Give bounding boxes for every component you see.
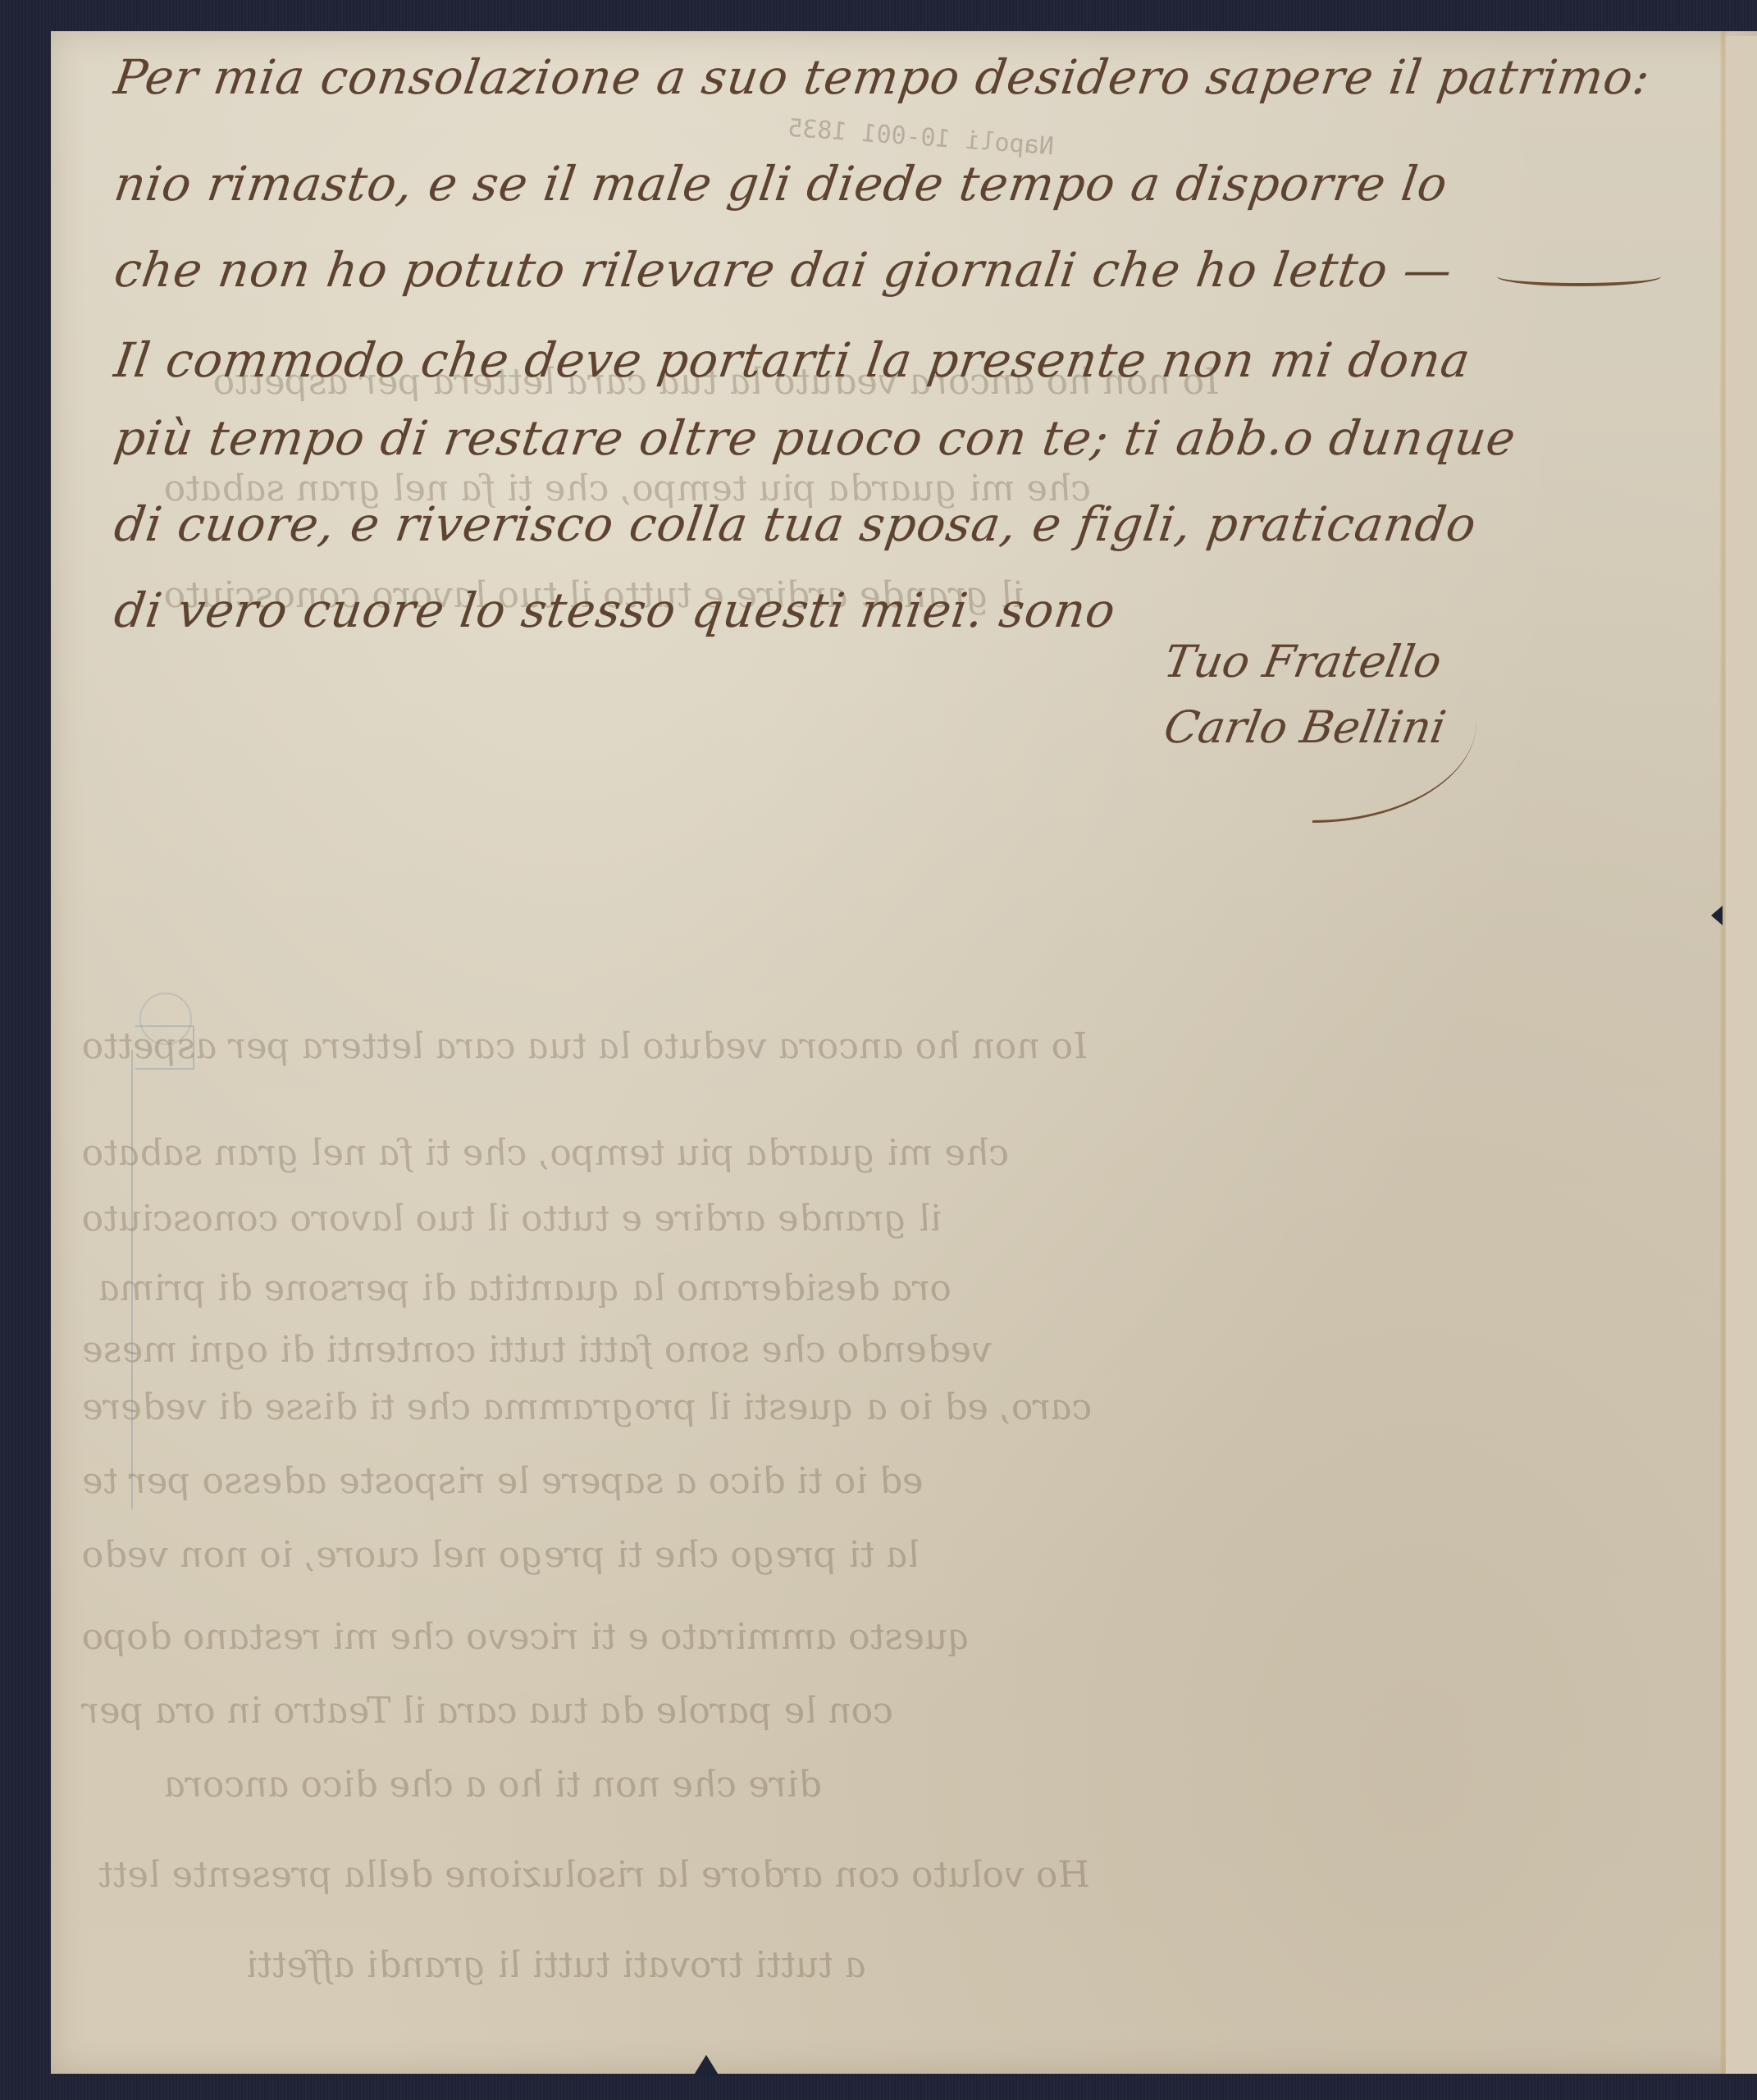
- body-line-4: Il commodo che deve portarti la presente…: [111, 332, 1474, 388]
- body-line-6: di cuore, e riverisco colla tua sposa, e…: [111, 496, 1480, 552]
- pencil-margin-line: [131, 1050, 190, 1509]
- bleed-line: la ti prego che ti prego nel cuore, io n…: [79, 1534, 922, 1576]
- body-line-3: che non ho potuto rilevare dai giornali …: [111, 242, 1456, 298]
- bleed-line: a tutti trovati tutti li grandi affetti: [243, 1944, 869, 1986]
- scan-backing: Napoli 10-001 1835 Io non ho ancora vedu…: [0, 0, 1757, 2100]
- bleed-line: ed io ti dico a sapere le risposte adess…: [79, 1460, 926, 1502]
- bleed-line: che mi guarda piu tempo, che ti fa nel g…: [79, 1132, 1012, 1174]
- edge-notch: [1711, 906, 1723, 925]
- body-line-7: di vero cuore lo stesso questi miei. son…: [111, 582, 1119, 638]
- body-line-2: nio rimasto, e se il male gli diede temp…: [111, 156, 1451, 212]
- bleed-line: dire che non ti ho a che dico ancora: [161, 1764, 824, 1806]
- body-line-1: Per mia consolazione a suo tempo desider…: [111, 49, 1654, 105]
- adjacent-page-edge: [1726, 36, 1757, 2074]
- bleed-line: caro, ed io a questi il programma che ti…: [79, 1386, 1095, 1428]
- bleed-line: Io non ho ancora veduto la tua cara lett…: [79, 1025, 1090, 1067]
- line-end-flourish: [1497, 267, 1661, 286]
- body-line-5: più tempo di restare oltre puoco con te;…: [111, 410, 1519, 466]
- bleed-line: vedendo che sono fatti tutti contenti di…: [79, 1329, 994, 1371]
- bleed-line: Ho voluto con ardore la risoluzione dell…: [95, 1854, 1092, 1896]
- bottom-tear: [693, 2055, 719, 2076]
- closing: Tuo Fratello: [1160, 636, 1445, 687]
- bleed-line: ora desiderano la quantita di persone di…: [95, 1267, 954, 1309]
- bleed-line: questo ammirato e ti ricevo che mi resta…: [79, 1616, 974, 1658]
- bleed-line: il grande ardire e tutto il tuo lavoro c…: [79, 1198, 944, 1239]
- bleed-line: con le parole da tua cara il Teatro in o…: [79, 1690, 896, 1732]
